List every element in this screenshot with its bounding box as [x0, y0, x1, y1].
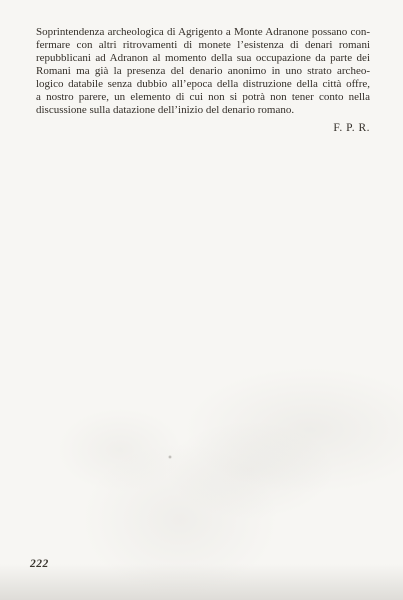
paragraph-line: Soprintendenza archeologica di Agrigento… — [36, 26, 370, 39]
paragraph-line: a nostro parere, un elemento di cui non … — [36, 91, 370, 104]
page-number: 222 — [30, 558, 49, 570]
paragraph-line: repubblicani ad Adranon al momento della… — [36, 52, 370, 65]
author-initials: F. P. R. — [36, 122, 370, 134]
paragraph: Soprintendenza archeologica di Agrigento… — [36, 26, 370, 117]
paragraph-line: discussione sulla datazione dell’inizio … — [36, 104, 370, 117]
paragraph-line: logico databile senza dubbio all’epoca d… — [36, 78, 370, 91]
paragraph-line: Romani ma già la presenza del denario an… — [36, 65, 370, 78]
book-page: Soprintendenza archeologica di Agrigento… — [0, 0, 403, 600]
paragraph-line: fermare con altri ritrovamenti di monete… — [36, 39, 370, 52]
